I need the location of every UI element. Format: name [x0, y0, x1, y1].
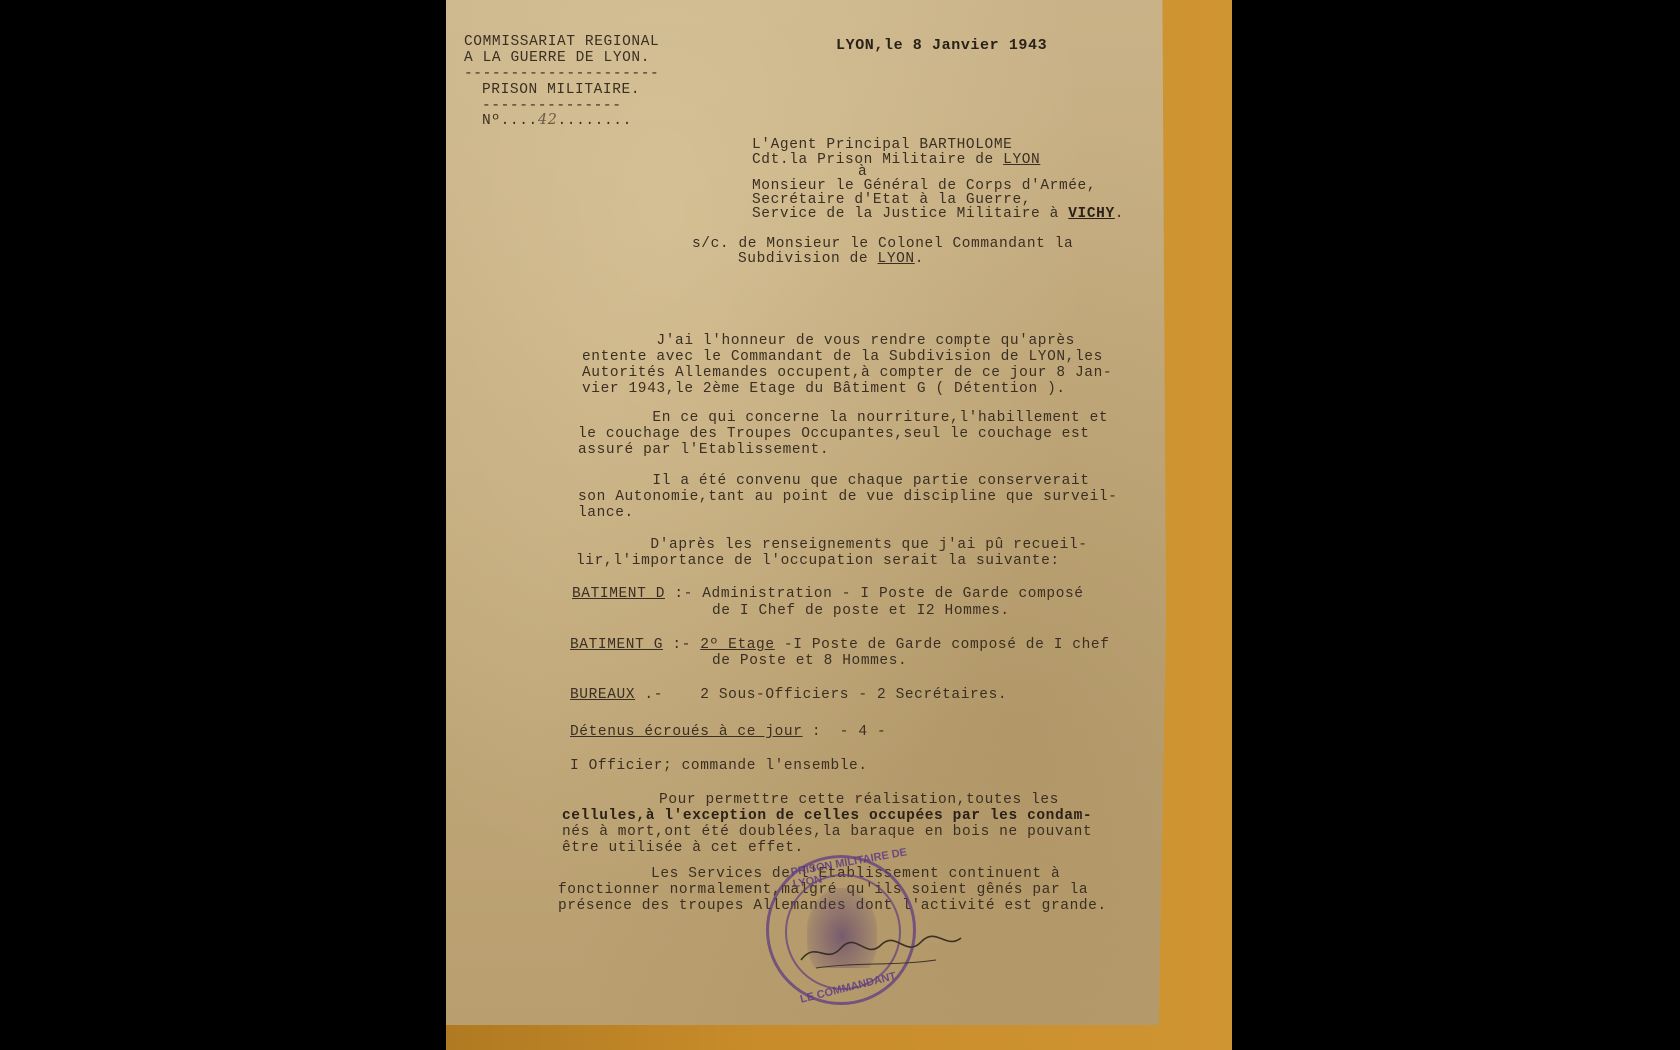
paragraph-2-line2: le couchage des Troupes Occupantes,seul …	[578, 426, 1090, 442]
header-divider: ---------------------	[464, 66, 659, 82]
letter-page: COMMISSARIAT REGIONAL A LA GUERRE DE LYO…	[446, 0, 1166, 1025]
paragraph-2-line3: assuré par l'Etablissement.	[578, 442, 829, 458]
building-d-entry-cont: de I Chef de poste et I2 Hommes.	[712, 603, 1010, 619]
paragraph-2-line1: En ce qui concerne la nourriture,l'habil…	[578, 410, 1108, 426]
paragraph-1-line3: Autorités Allemandes occupent,à compter …	[582, 365, 1112, 381]
closing-line1: Pour permettre cette réalisation,toutes …	[566, 792, 1059, 808]
document-photo: COMMISSARIAT REGIONAL A LA GUERRE DE LYO…	[446, 0, 1232, 1050]
detainees-entry: Détenus écroués à ce jour : - 4 -	[570, 724, 886, 740]
building-g-entry-cont: de Poste et 8 Hommes.	[712, 653, 907, 669]
sender-line1: L'Agent Principal BARTHOLOME	[752, 137, 1012, 153]
paragraph-4-line2: lir,l'importance de l'occupation serait …	[576, 553, 1060, 569]
header-prison-label: PRISON MILITAIRE.	[482, 82, 640, 98]
via-line1: s/c. de Monsieur le Colonel Commandant l…	[692, 236, 1073, 252]
paragraph-4-line1: D'après les renseignements que j'ai pû r…	[576, 537, 1088, 553]
paragraph-3-line2: son Autonomie,tant au point de vue disci…	[578, 489, 1117, 505]
reference-number: Nº....42........	[482, 112, 632, 129]
paragraph-3-line3: lance.	[578, 505, 634, 521]
offices-entry: BUREAUX .- 2 Sous-Officiers - 2 Secrétai…	[570, 687, 1007, 703]
sender-line2: Cdt.la Prison Militaire de LYON	[752, 152, 1040, 168]
closing-line2: cellules,à l'exception de celles occupée…	[562, 808, 1092, 824]
closing-line3: nés à mort,ont été doublées,la baraque e…	[562, 824, 1092, 840]
via-line2: Subdivision de LYON.	[738, 251, 924, 267]
closing-line4: être utilisée à cet effet.	[562, 840, 804, 856]
paragraph-1-line2: entente avec le Commandant de la Subdivi…	[582, 349, 1103, 365]
paragraph-3-line1: Il a été convenu que chaque partie conse…	[578, 473, 1090, 489]
signature-icon	[796, 930, 966, 970]
building-g-entry: BATIMENT G :- 2º Etage -I Poste de Garde…	[570, 637, 1110, 653]
paragraph-1-line4: vier 1943,le 2ème Etage du Bâtiment G ( …	[582, 381, 1066, 397]
officer-entry: I Officier; commande l'ensemble.	[570, 758, 868, 774]
recipient-line3: Service de la Justice Militaire à VICHY.	[752, 206, 1124, 222]
date-line: LYON,le 8 Janvier 1943	[836, 38, 1047, 54]
building-d-entry: BATIMENT D :- Administration - I Poste d…	[572, 586, 1084, 602]
header-office-line2: A LA GUERRE DE LYON.	[464, 50, 650, 66]
handwritten-number: 42	[538, 112, 558, 128]
header-office-line1: COMMISSARIAT REGIONAL	[464, 34, 659, 50]
paragraph-1-line1: J'ai l'honneur de vous rendre compte qu'…	[582, 333, 1075, 349]
